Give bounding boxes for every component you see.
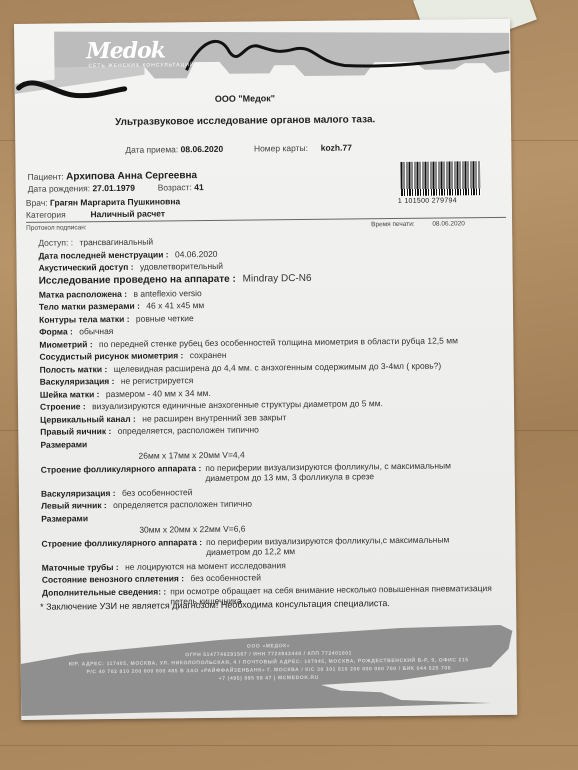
finding-row: Исследование проведено на аппарате : Min…: [39, 272, 312, 286]
barcode-number: 1 101500 279794: [398, 197, 457, 205]
visit-info: Дата приема: 08.06.2020 Номер карты: koz…: [125, 142, 352, 154]
card-number: kozh.77: [321, 142, 352, 152]
finding-value: размером - 40 мм х 34 мм.: [103, 387, 210, 398]
organization-name: ООО "Медок": [215, 93, 275, 104]
visit-date-label: Дата приема:: [125, 144, 178, 155]
finding-value: щелевидная расширена до 4,4 мм. с анэхог…: [111, 360, 441, 373]
finding-label: Левый яичник :: [41, 500, 107, 511]
finding-label: Форма :: [39, 326, 73, 336]
finding-value: определяется, расположен типично: [115, 424, 259, 436]
barcode: [400, 161, 480, 196]
category-label: Категория: [26, 209, 66, 219]
finding-row: Васкуляризация : не регистрируется: [40, 375, 194, 387]
finding-row: Размерами: [40, 439, 91, 450]
finding-label: Васкуляризация :: [41, 487, 116, 498]
category-row: Категория Наличный расчет: [26, 208, 165, 219]
doctor-row: Врач: Грагян Маргарита Пушкиновна: [26, 196, 180, 208]
age-value: 41: [194, 182, 204, 192]
finding-row: Сосудистый рисунок миометрия : сохранен: [39, 350, 226, 362]
age-label: Возраст:: [158, 182, 192, 192]
finding-row: Размерами: [41, 513, 92, 524]
finding-row: Матка расположена : в anteflexio versio: [39, 288, 202, 300]
finding-value: сохранен: [187, 350, 226, 360]
dob-label: Дата рождения:: [28, 183, 90, 194]
finding-value: трансвагинальный: [77, 237, 153, 248]
protocol-signed: Протокол подписан:: [26, 224, 87, 232]
finding-row: Миометрий : по передней стенке рубец без…: [39, 335, 458, 349]
finding-label: Строение фолликулярного аппарата :: [41, 537, 202, 559]
dob-row: Дата рождения: 27.01.1979 Возраст: 41: [28, 182, 204, 194]
doctor-label: Врач:: [26, 198, 48, 208]
finding-label: Маточные трубы :: [42, 561, 119, 572]
finding-value: 26мм х 17мм х 20мм V=4,4: [138, 450, 244, 461]
finding-value: 04.06.2020: [173, 248, 218, 258]
wood-grain: [0, 745, 578, 746]
finding-label: Тело матки размерами :: [39, 301, 140, 312]
finding-label: Правый яичник :: [40, 426, 111, 437]
finding-value: не расширен внутренний зев закрыт: [140, 412, 287, 424]
doctor-name: Грагян Маргарита Пушкиновна: [50, 196, 180, 207]
logo-subtitle: СЕТЬ ЖЕНСКИХ КОНСУЛЬТАЦИЙ: [88, 62, 194, 69]
patient-name: Архипова Анна Сергеевна: [66, 170, 197, 182]
finding-label: Размерами: [40, 439, 87, 449]
finding-row: Строение : визуализируются единичные анэ…: [40, 398, 383, 412]
finding-label: Строение :: [40, 401, 86, 411]
finding-value: без особенностей: [120, 487, 193, 498]
finding-value: по периферии визуализируются фолликулы,с…: [206, 534, 492, 557]
finding-value: в anteflexio versio: [131, 288, 202, 299]
finding-row: Состояние венозного сплетения : без особ…: [42, 572, 261, 584]
finding-value: визуализируются единичные анэхогенные ст…: [90, 398, 383, 411]
patient-row: Пациент: Архипова Анна Сергеевна: [28, 170, 198, 183]
finding-label: Дата последней менструации :: [38, 249, 168, 260]
finding-row: Полость матки : щелевидная расширена до …: [40, 360, 442, 374]
finding-label: Строение фолликулярного аппарата :: [41, 463, 202, 485]
finding-label: Миометрий :: [39, 339, 92, 350]
medok-logo: Medok: [86, 37, 165, 64]
finding-row: Маточные трубы : не лоцируются на момент…: [42, 560, 286, 573]
report-title: Ультразвуковое исследование органов мало…: [115, 114, 375, 128]
finding-label: Сосудистый рисунок миометрия :: [39, 350, 183, 362]
finding-label: Акустический доступ :: [39, 262, 134, 273]
finding-row: Дата последней менструации : 04.06.2020: [38, 248, 217, 260]
finding-label: Размерами: [41, 513, 88, 523]
finding-row: 26мм х 17мм х 20мм V=4,4: [138, 450, 244, 461]
finding-value: без особенностей: [188, 572, 261, 583]
card-number-label: Номер карты:: [254, 143, 308, 154]
finding-row: Васкуляризация : без особенностей: [41, 487, 193, 499]
finding-label: Васкуляризация :: [40, 376, 115, 387]
finding-label: Доступ: :: [38, 237, 73, 247]
finding-label: Контуры тела матки :: [39, 313, 130, 324]
finding-value: 30мм х 20мм х 22мм V=6,6: [139, 524, 245, 535]
finding-value: не лоцируются на момент исследования: [123, 560, 286, 572]
finding-label: Исследование проведено на аппарате :: [39, 273, 236, 286]
finding-value: определяется расположен типично: [111, 499, 252, 510]
finding-row: Строение фолликулярного аппарата : по пе…: [41, 534, 491, 559]
finding-value: ровные четкие: [133, 313, 193, 324]
ultrasound-report-sheet: Medok СЕТЬ ЖЕНСКИХ КОНСУЛЬТАЦИЙ ООО "Мед…: [14, 19, 517, 720]
finding-label: Состояние венозного сплетения :: [42, 573, 184, 584]
finding-label: Полость матки :: [40, 364, 108, 375]
finding-row: Акустический доступ : удовлетворительный: [39, 261, 224, 273]
visit-date: 08.06.2020: [181, 144, 224, 154]
finding-row: Форма : обычная: [39, 326, 113, 337]
finding-label: Матка расположена :: [39, 288, 127, 299]
finding-label: Шейка матки :: [40, 389, 100, 400]
finding-value: по передней стенке рубец без особенносте…: [97, 335, 458, 349]
finding-value: 46 х 41 х45 мм: [144, 300, 204, 311]
finding-value: не регистрируется: [118, 375, 193, 386]
finding-value: обычная: [77, 326, 114, 336]
finding-row: 30мм х 20мм х 22мм V=6,6: [139, 524, 245, 535]
finding-row: Тело матки размерами : 46 х 41 х45 мм: [39, 300, 204, 312]
finding-row: Доступ: : трансвагинальный: [38, 237, 153, 248]
finding-row: Контуры тела матки : ровные четкие: [39, 313, 194, 325]
patient-label: Пациент:: [28, 171, 64, 181]
finding-value: Mindray DC-N6: [240, 272, 312, 284]
print-time-label: Время печати:: [371, 221, 415, 228]
finding-label: Цервикальный канал :: [40, 413, 136, 424]
print-time-row: Время печати: 08.06.2020: [371, 220, 465, 228]
finding-row: Правый яичник : определяется, расположен…: [40, 424, 259, 436]
finding-row: Цервикальный канал : не расширен внутрен…: [40, 412, 286, 425]
finding-value: по периферии визуализируются фолликулы, …: [205, 460, 491, 483]
dob-value: 27.01.1979: [92, 183, 135, 193]
finding-value: удовлетворительный: [137, 261, 223, 272]
finding-row: Шейка матки : размером - 40 мм х 34 мм.: [40, 387, 211, 399]
category-value: Наличный расчет: [90, 208, 165, 219]
finding-row: Строение фолликулярного аппарата : по пе…: [41, 460, 491, 485]
print-time: 08.06.2020: [432, 220, 465, 227]
finding-row: Левый яичник : определяется расположен т…: [41, 499, 252, 511]
